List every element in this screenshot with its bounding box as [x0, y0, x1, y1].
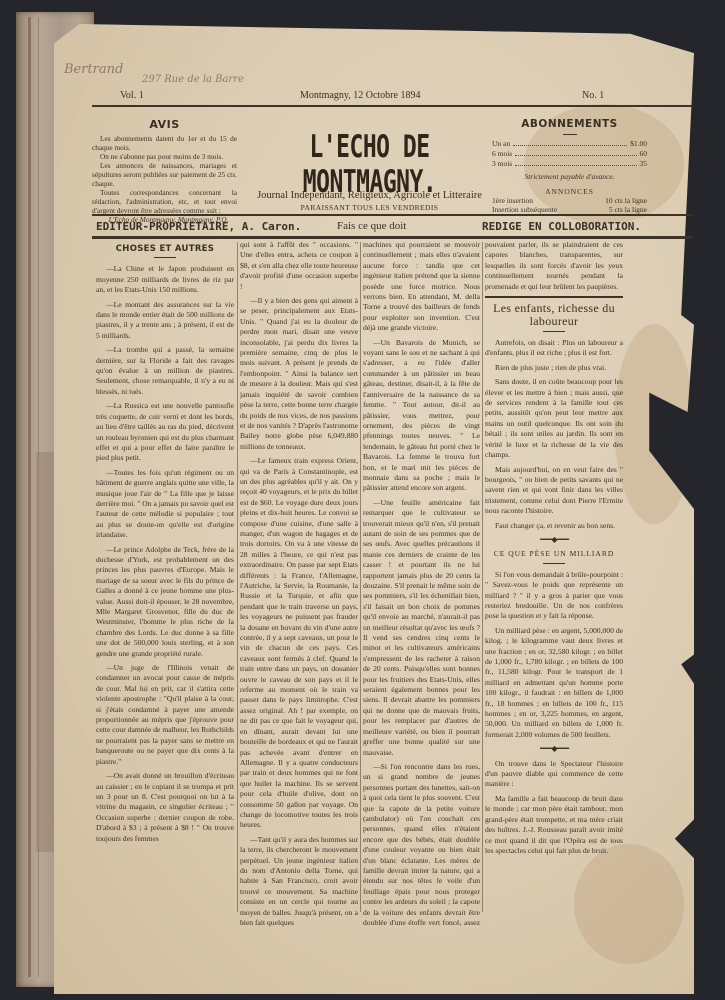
news-item: —Le montant des assurances sur la vie da…: [96, 300, 234, 342]
news-item: —On avait donné un brouillon d'écriteau …: [96, 771, 234, 844]
avis-paragraph: Les abonnements datent du 1er et du 15 d…: [92, 134, 237, 152]
news-item: qui sont à l'affût des " occasions. " Un…: [240, 240, 358, 292]
annonce-label: 1ère insertion: [492, 196, 533, 205]
divider: [543, 331, 565, 332]
news-item: —Toutes les fois qu'un régiment ou un bâ…: [96, 468, 234, 541]
collaboration-note: REDIGE EN COLLOBORATION.: [482, 220, 641, 233]
news-item: —Une feuille américaine fait remarquer q…: [363, 498, 480, 758]
volume-label: Vol. 1: [120, 90, 144, 101]
avis-paragraph: On ne s'abonne pas pour moins de 3 mois.: [92, 152, 237, 161]
annonce-price: 10 cts la ligne: [605, 196, 647, 205]
column-divider: [482, 242, 483, 912]
avis-paragraph: Les annonces de naissances, mariages et …: [92, 161, 237, 188]
dateline: Montmagny, 12 Octobre 1894: [300, 90, 420, 101]
article-heading: Les enfants, richesse du laboureur: [485, 302, 623, 328]
banner-rule-bottom: [92, 236, 692, 239]
avis-box: AVIS Les abonnements datent du 1er et du…: [92, 120, 237, 224]
news-item: —Le fameux train express Orient, qui va …: [240, 456, 358, 831]
newspaper-title-block: L'ECHO DE MONTMAGNY. Journal Independant…: [237, 130, 502, 212]
issue-number: No. 1: [582, 90, 604, 101]
divider: [563, 134, 577, 135]
newspaper-content: Bertrand 297 Rue de la Barre Vol. 1 Mont…: [92, 60, 722, 940]
news-item: —La trombe qui a passé, la semaine derni…: [96, 345, 234, 397]
rate-price: $1.00: [630, 139, 647, 149]
article-paragraph: Rien de plus juste ; rien de plus vrai.: [485, 363, 623, 373]
annonce-label: Insertion subséquente: [492, 205, 557, 214]
masthead-rule: [92, 105, 692, 107]
column-choses-et-autres: CHOSES ET AUTRES —La Chine et le Japon p…: [96, 240, 234, 930]
article-paragraph: Sans doute, il en coûte beaucoup pour le…: [485, 377, 623, 460]
publication-frequency: PARAISSANT TOUS LES VENDREDIS: [237, 203, 502, 212]
subscriptions-box: ABONNEMENTS Un an$1.00 6 mois60 3 mois35…: [492, 118, 647, 214]
rate-price: 60: [640, 149, 648, 159]
rate-label: 3 mois: [492, 159, 512, 169]
news-item: —Il y a bien des gens qui aiment à se pe…: [240, 296, 358, 452]
annonce-row: 1ère insertion10 cts la ligne: [492, 196, 647, 205]
column-3: machines qui pourraient se mouvoir conti…: [363, 240, 480, 930]
divider: [154, 257, 176, 258]
annonce-price: 5 cts la ligne: [609, 205, 647, 214]
rate-row: Un an$1.00: [492, 139, 647, 149]
handwritten-address: 297 Rue de la Barre: [142, 74, 244, 85]
payment-note: Strictement payable d'avance.: [492, 172, 647, 181]
annonces-heading: ANNONCES: [492, 187, 647, 196]
rate-row: 6 mois60: [492, 149, 647, 159]
article-paragraph: Ma famille a fait beaucoup de bruit dans…: [485, 794, 623, 856]
annonce-row: Insertion subséquente5 cts la ligne: [492, 205, 647, 214]
avis-paragraph: Toutes correspondances concernant la réd…: [92, 188, 237, 215]
divider: [543, 563, 565, 564]
article-heading: CE QUE PÈSE UN MILLIARD: [485, 549, 623, 559]
news-item: pouvaient parler, ils se plaindraient de…: [485, 240, 623, 292]
news-item: —Un juge de l'Illinois venait de condamn…: [96, 663, 234, 767]
article-paragraph: Si l'on vous demandait à brûle-pourpoint…: [485, 570, 623, 622]
article-paragraph: Mais aujourd'hui, on en veut faire des "…: [485, 465, 623, 517]
section-heading: CHOSES ET AUTRES: [96, 244, 234, 254]
handwritten-name: Bertrand: [64, 62, 123, 77]
newspaper-title: L'ECHO DE MONTMAGNY.: [237, 130, 502, 200]
article-paragraph: On trouve dans le Spectateur l'histoire …: [485, 759, 623, 790]
binding-stripe: [28, 17, 31, 977]
subscriptions-heading: ABONNEMENTS: [492, 118, 647, 130]
column-4: pouvaient parler, ils se plaindraient de…: [485, 240, 623, 930]
article-paragraph: Autrefois, on disait : Plus un laboureur…: [485, 338, 623, 359]
article-paragraph: Un milliard pèse : en argent, 5,000,000 …: [485, 626, 623, 740]
column-divider: [360, 242, 361, 912]
news-item: —Tant qu'il y aura des hommes sur la ter…: [240, 835, 358, 929]
banner-rule-top: [92, 214, 692, 216]
rate-row: 3 mois35: [492, 159, 647, 169]
motto: Fais ce que doit: [337, 220, 406, 232]
news-item: —La Russica est une nouvelle pantoufle t…: [96, 401, 234, 463]
news-item: —Un Bavarois de Munich, se voyant sans l…: [363, 338, 480, 494]
column-2: qui sont à l'affût des " occasions. " Un…: [240, 240, 358, 930]
ornament-divider: ━━━◆━━━: [485, 535, 623, 545]
rate-label: 6 mois: [492, 149, 512, 159]
avis-heading: AVIS: [92, 120, 237, 129]
news-item: machines qui pourraient se mouvoir conti…: [363, 240, 480, 334]
article-paragraph: Faut changer ça, et revenir au bon sens.: [485, 521, 623, 531]
rate-label: Un an: [492, 139, 510, 149]
news-item: —Le prince Adolphe de Teck, frère de la …: [96, 545, 234, 659]
rate-price: 35: [640, 159, 648, 169]
editor-owner: EDITEUR-PROPRIETAIRE, A. Caron.: [96, 220, 301, 233]
news-item: —La Chine et le Japon produisent en moye…: [96, 264, 234, 295]
ornament-divider: ━━━◆━━━: [485, 744, 623, 754]
column-divider: [237, 242, 238, 912]
news-item: —Si l'on rencontre dans les rues, un si …: [363, 762, 480, 930]
section-rule: [485, 296, 623, 298]
